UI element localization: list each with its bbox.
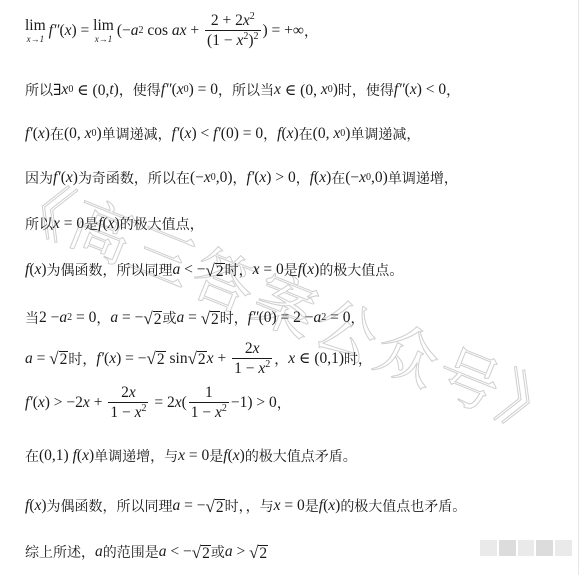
fraction: 2x1 − x2	[232, 340, 272, 377]
page-edge	[578, 0, 579, 575]
text-line-7: 当2 − a2 = 0， a = −√2或 a = √2时， f″(0) = 2…	[25, 308, 365, 328]
formula-line-8: a = √2时， f′(x) = −√2 sin√2x + 2x1 − x2 ，…	[25, 340, 372, 377]
text-line-11: f(x)为偶函数，所以同理 a = −√2 时，，与x = 0是 f(x)的极大…	[25, 496, 466, 516]
fraction: 11 − x2	[189, 384, 229, 421]
fraction: 2 + 2x2(1 − x2)2	[205, 12, 260, 49]
blurred-region	[480, 540, 572, 556]
text-line-4: 因为f′(x)为奇函数，所以在(−x0,0)， f′(x) > 0， f(x)在…	[25, 168, 458, 188]
text-line-6: f(x)为偶函数，所以同理 a < −√2 时，x = 0是 f(x)的极大值点…	[25, 260, 403, 280]
limit-operator: limx→1	[25, 18, 46, 44]
document-page: 《高三答案公众号》 limx→1 f″(x) = limx→1 (−a2 cos…	[0, 0, 585, 575]
text-line-12-conclusion: 综上所述，a的范围是 a < −√2或 a > √2	[25, 542, 268, 562]
text-line-10: 在(0,1) f(x) 单调递增，与x = 0是 f(x)的极大值点矛盾。	[25, 446, 357, 466]
text-line-2: 所以∃x0 ∈ (0,t) ，使得 f″(x0) = 0 ，所以当 x ∈ (0…	[25, 80, 460, 100]
text-line-3: f′(x)在(0, x0)单调递减， f′(x) < f′(0) = 0， f(…	[25, 124, 420, 144]
fraction: 2x1 − x2	[108, 384, 148, 421]
formula-line-9: f′(x) > −2x + 2x1 − x2 = 2x( 11 − x2 −1)…	[25, 384, 291, 421]
limit-operator: limx→1	[93, 18, 114, 44]
formula-line-1: limx→1 f″(x) = limx→1 (−a2 cos ax + 2 + …	[25, 12, 318, 49]
text-line-5: 所以x = 0是 f(x)的极大值点，	[25, 214, 204, 234]
